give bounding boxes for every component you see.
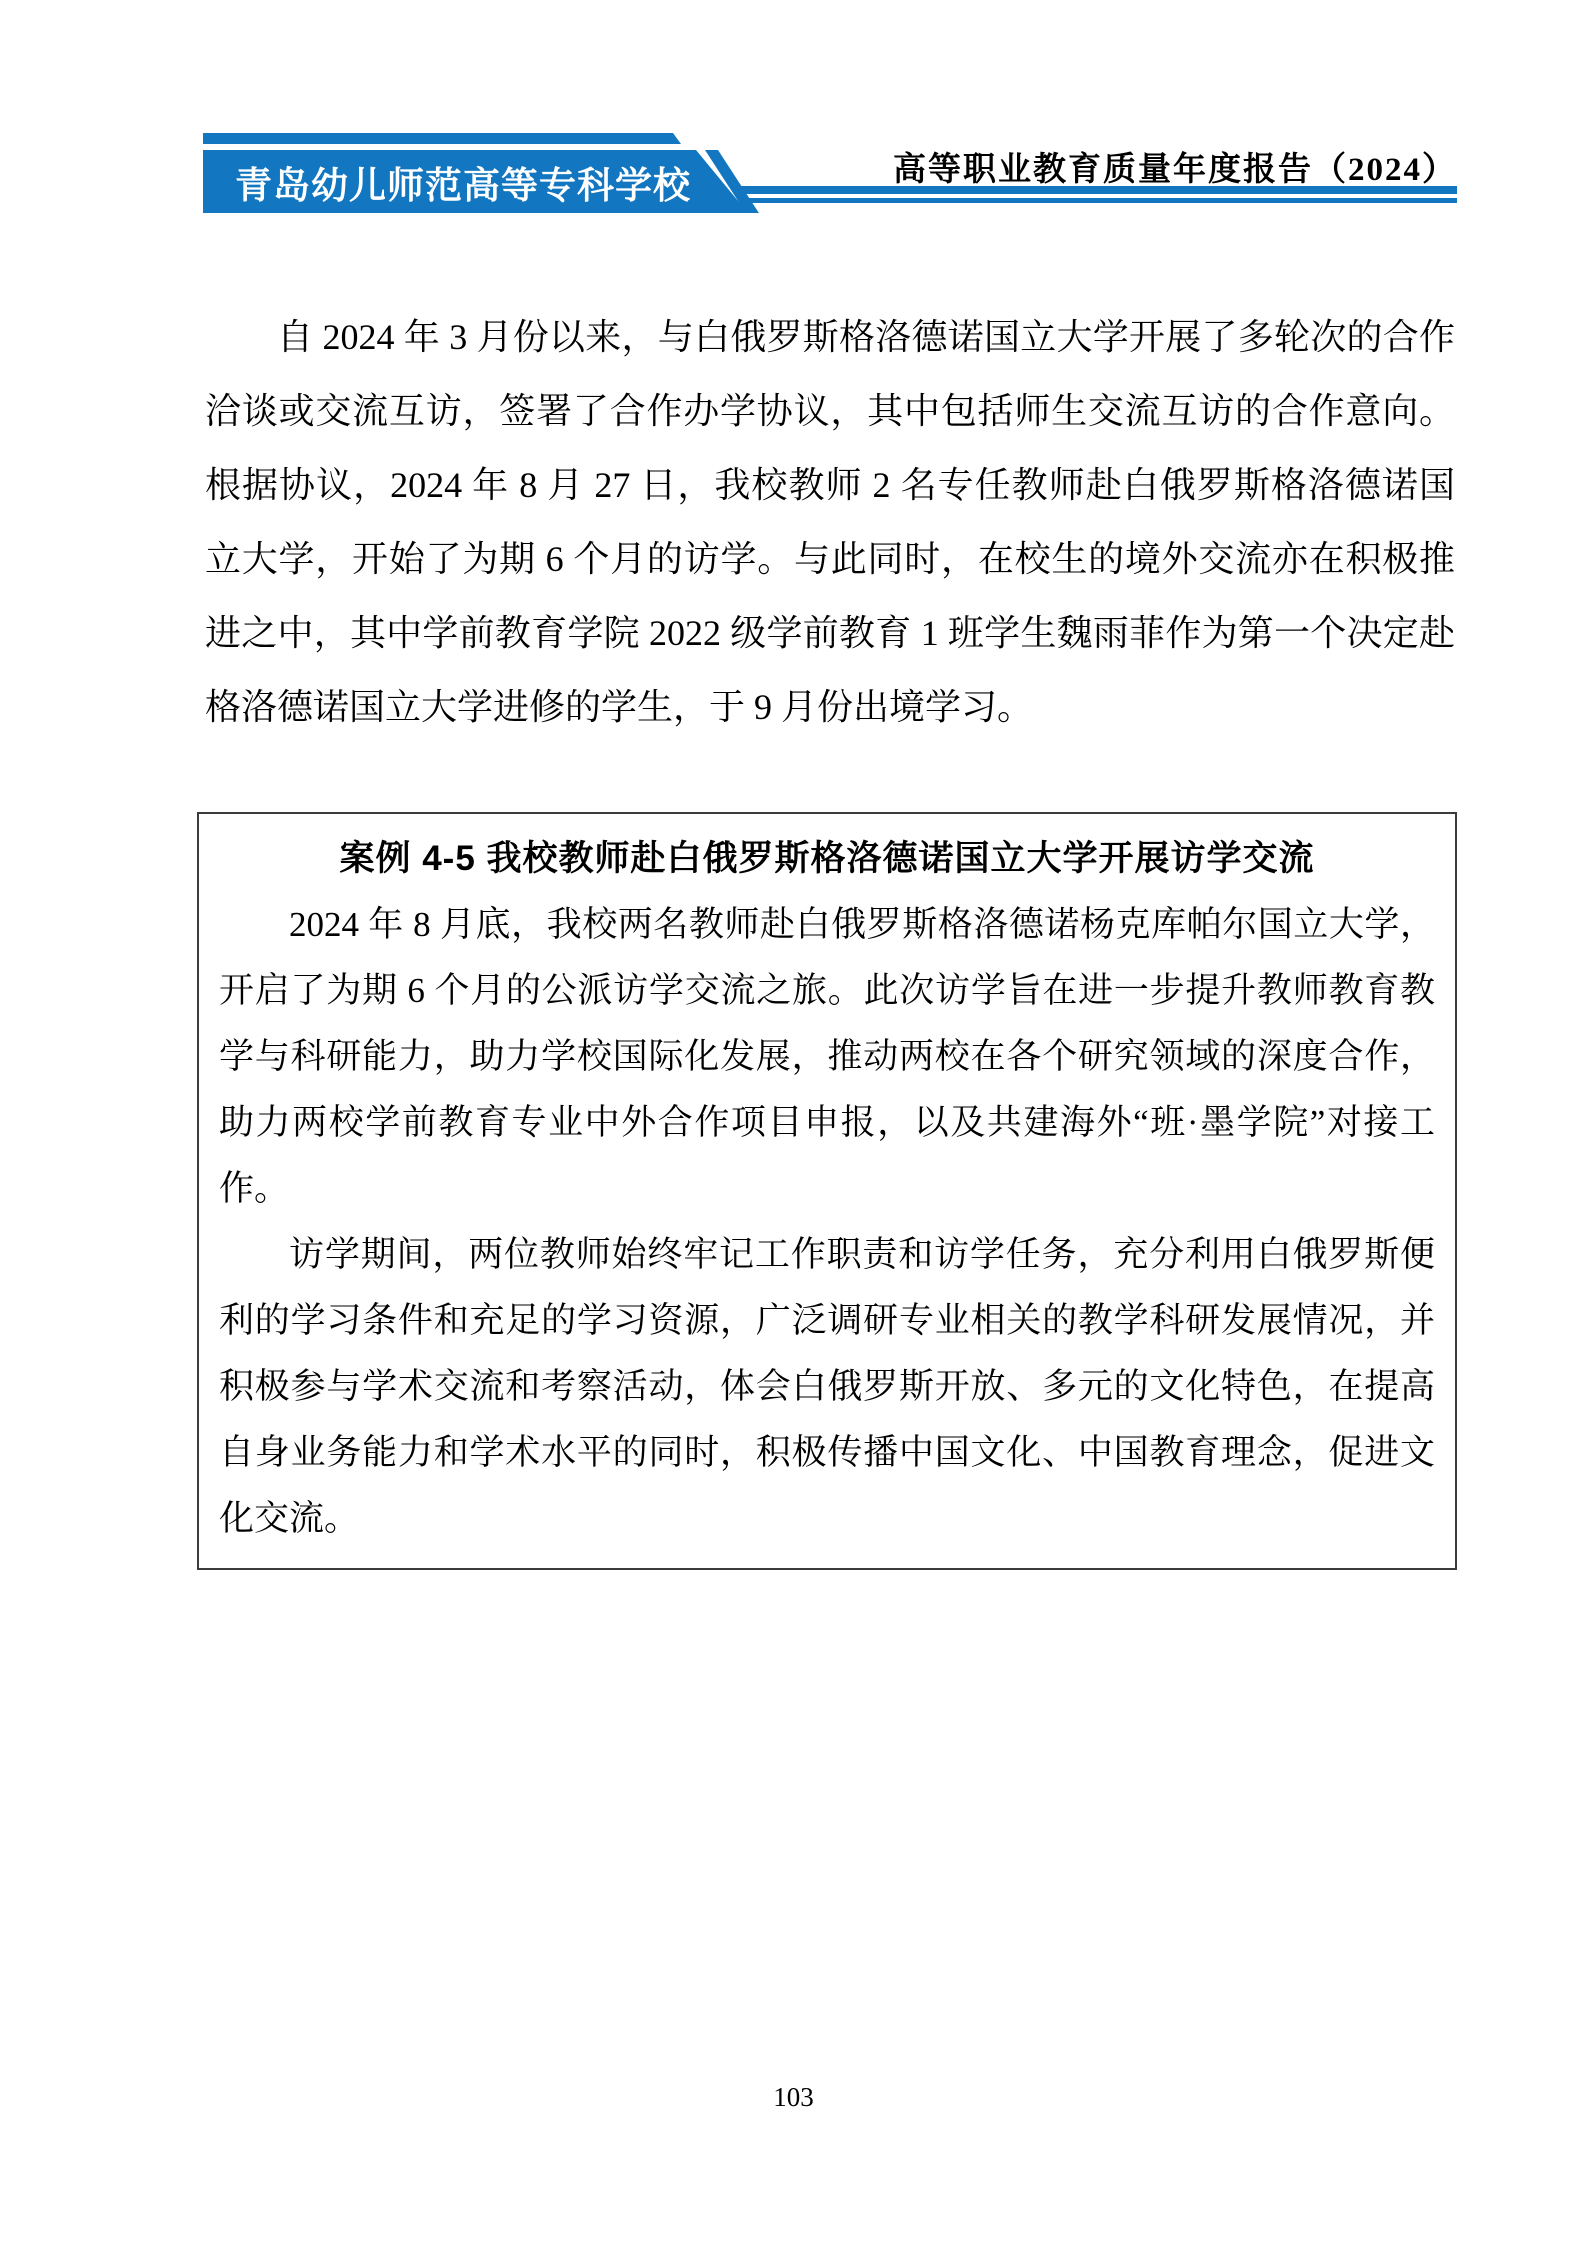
page-number: 103 xyxy=(0,2082,1587,2113)
report-title: 高等职业教育质量年度报告（2024） xyxy=(893,143,1457,190)
case-study-box: 案例 4-5 我校教师赴白俄罗斯格洛德诺国立大学开展访学交流 2024 年 8 … xyxy=(197,812,1457,1570)
intro-paragraph: 自 2024 年 3 月份以来，与白俄罗斯格洛德诺国立大学开展了多轮次的合作洽谈… xyxy=(205,300,1455,744)
document-page: 青岛幼儿师范高等专科学校 高等职业教育质量年度报告（2024） 自 2024 年… xyxy=(0,0,1587,2245)
school-name-banner: 青岛幼儿师范高等专科学校 xyxy=(203,150,748,213)
case-study-paragraph-2: 访学期间，两位教师始终牢记工作职责和访学任务，充分利用白俄罗斯便利的学习条件和充… xyxy=(219,1222,1435,1552)
case-study-title: 案例 4-5 我校教师赴白俄罗斯格洛德诺国立大学开展访学交流 xyxy=(219,826,1435,892)
school-name: 青岛幼儿师范高等专科学校 xyxy=(203,155,691,209)
header-rule-thin xyxy=(739,198,1457,203)
case-study-paragraph-1: 2024 年 8 月底，我校两名教师赴白俄罗斯格洛德诺杨克库帕尔国立大学，开启了… xyxy=(219,892,1435,1222)
header-accent-bar xyxy=(203,133,681,144)
